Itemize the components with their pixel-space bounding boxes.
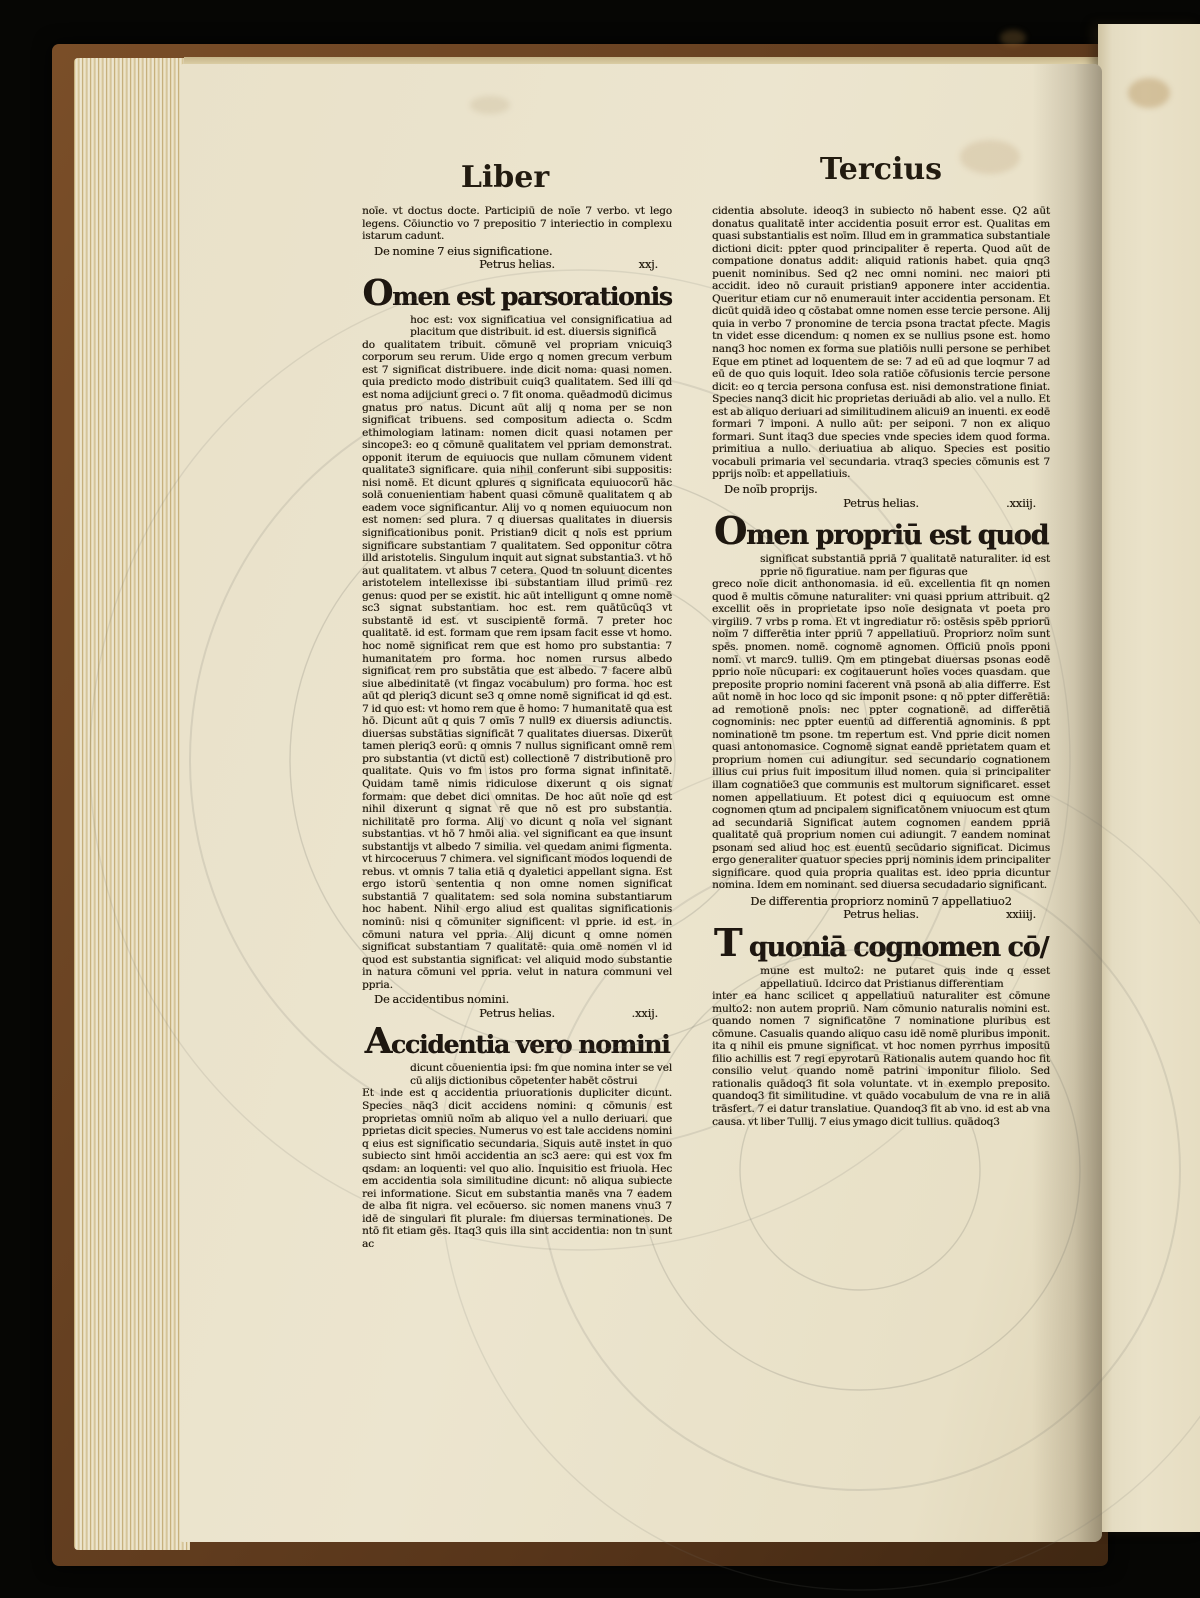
text-column-right: cidentia absolute. ideoq3 in subiecto nō… <box>712 205 1050 1128</box>
chapter-rubric: De noīb proprijs. <box>724 484 1050 497</box>
running-header-left: Liber <box>350 160 660 195</box>
body-paragraph: Et inde est q accidentia priuorationis d… <box>362 1087 672 1250</box>
attribution-row: Petrus helias. xxiiij. <box>712 909 1050 922</box>
foxing-stain <box>1128 78 1170 108</box>
author-name: Petrus helias. <box>843 909 919 922</box>
attribution-row: Petrus helias. .xxiij. <box>712 498 1050 511</box>
section-lead-lines: mune est multo2: ne putaret quis inde q … <box>760 965 1050 990</box>
foxing-stain <box>1000 30 1026 46</box>
folio-number: xxiiij. <box>919 909 1050 922</box>
foxing-stain <box>960 140 1020 174</box>
section-heading: T quoniā cognomen cō/ <box>712 929 1050 963</box>
attribution-row: Petrus helias. xxj. <box>362 259 672 272</box>
body-paragraph: inter ea hanc scilicet q appellatiuū nat… <box>712 990 1050 1128</box>
section-lead-lines: hoc est: vox significatiua vel consignif… <box>410 314 672 339</box>
open-page-verso: Liber Tercius noīe. vt doctus docte. Par… <box>180 64 1102 1542</box>
section-lead-lines: dicunt cōuenientia ipsi: fm que nomina i… <box>410 1062 672 1087</box>
page-stack-fore-edge <box>74 58 190 1550</box>
foxing-stain <box>470 96 510 114</box>
folio-number: xxj. <box>555 259 672 272</box>
attribution-row: Petrus helias. .xxij. <box>362 1008 672 1021</box>
body-paragraph: greco noīe dicit anthonomasia. id eū. ex… <box>712 578 1050 892</box>
section-heading: Omen est parsorationis <box>362 279 672 312</box>
photograph-background: { "colors": { "background": "#060604", "… <box>0 0 1200 1598</box>
section-lead-lines: significat substantiā ppriā 7 qualitatē … <box>760 553 1050 578</box>
author-name: Petrus helias. <box>479 259 555 272</box>
author-name: Petrus helias. <box>843 498 919 511</box>
next-page-recto <box>1098 24 1200 1532</box>
continuation-paragraph: cidentia absolute. ideoq3 in subiecto nō… <box>712 205 1050 481</box>
section-heading: Omen propriū est quod <box>712 517 1050 551</box>
chapter-rubric: De accidentibus nomini. <box>374 994 672 1007</box>
continuation-paragraph: noīe. vt doctus docte. Participiū de noī… <box>362 205 672 243</box>
section-heading: Accidentia vero nomini <box>362 1027 672 1060</box>
chapter-rubric: De differentia propriorz nominū 7 appell… <box>712 896 1050 909</box>
text-column-left: noīe. vt doctus docte. Participiū de noī… <box>362 205 672 1251</box>
folio-number: .xxij. <box>555 1008 672 1021</box>
body-paragraph: do qualitatem tribuit. cōmunē vel propri… <box>362 339 672 991</box>
chapter-rubric: De nomine 7 eius significatione. <box>374 246 672 259</box>
author-name: Petrus helias. <box>479 1008 555 1021</box>
folio-number: .xxiij. <box>919 498 1050 511</box>
